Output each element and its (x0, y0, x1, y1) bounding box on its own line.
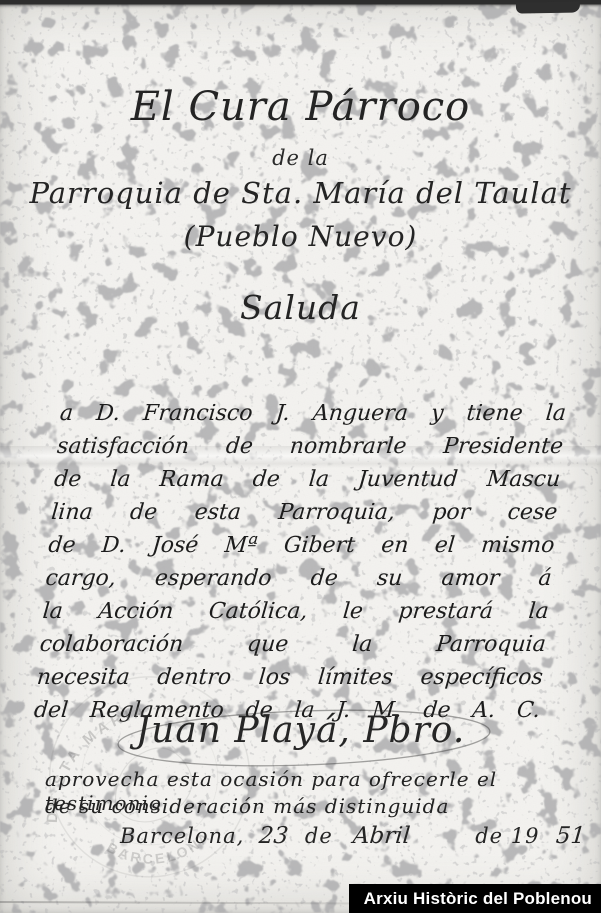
dateline-of-1: de (305, 824, 333, 848)
salutation: Saluda (0, 288, 601, 327)
archive-watermark-bar: Arxiu Històric del Poblenou (349, 884, 601, 913)
body-line: necesita dentro los límites específicos (35, 661, 544, 694)
body-line: colaboración que la Parroquia (38, 628, 547, 661)
dateline-month: Abril (352, 823, 411, 849)
body-line: la Acción Católica, le prestará la (41, 595, 550, 628)
signature-name: Juan Playá, Pbro. (0, 710, 601, 751)
scanned-letter-page: El Cura Párroco de la Parroquia de Sta. … (0, 0, 601, 913)
letterhead-parish: Parroquia de Sta. María del Taulat (0, 176, 601, 210)
scan-top-edge (0, 0, 601, 9)
dateline-year: 51 (555, 823, 587, 849)
body-line: satisfacción de nombrarle Presidente (56, 430, 565, 463)
handwritten-body: a D. Francisco J. Anguera y tiene la sat… (33, 397, 568, 727)
body-line: lina de esta Parroquia, por cese (50, 496, 559, 529)
body-line: cargo, esperando de su amor á (44, 562, 553, 595)
letterhead-subtitle: de la (0, 146, 601, 170)
letterhead-district: (Pueblo Nuevo) (0, 220, 601, 253)
body-line: de la Rama de la Juventud Mascu (53, 463, 562, 496)
body-line: de D. José Mª Gibert en el mismo (47, 529, 556, 562)
closing-line-2: de su consideración más distinguida (45, 794, 449, 818)
paper-notch (516, 1, 580, 13)
archive-watermark-label: Arxiu Històric del Poblenou (364, 889, 592, 909)
dateline-day: 23 (258, 823, 290, 849)
letterhead-title: El Cura Párroco (0, 84, 601, 130)
body-line: a D. Francisco J. Anguera y tiene la (59, 397, 568, 430)
dateline-of-2: de 19 (475, 824, 539, 848)
dateline: Barcelona, 23 de Abril de 19 51 (120, 823, 585, 849)
dateline-city: Barcelona, (120, 824, 244, 848)
